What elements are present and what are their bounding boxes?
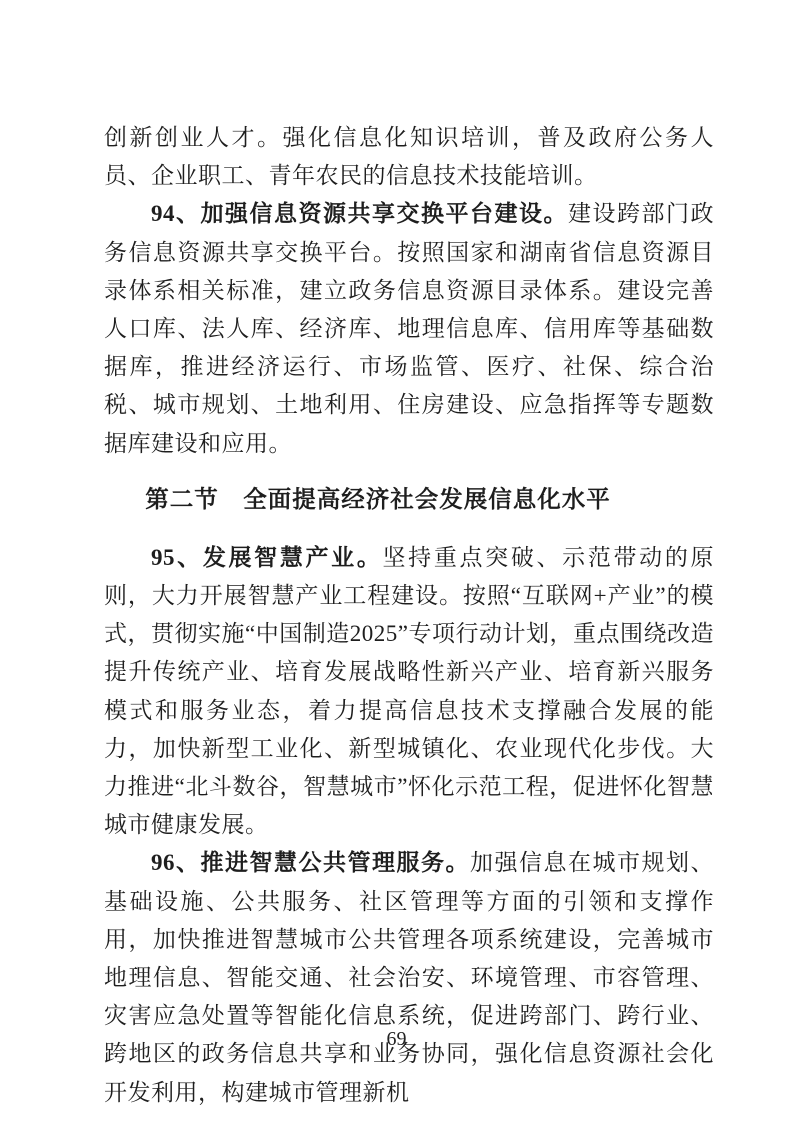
section-heading: 第二节 全面提高经济社会发展信息化水平 <box>104 481 652 519</box>
item-96-title: 96、推进智慧公共管理服务。 <box>151 850 470 875</box>
page-body: 创新创业人才。强化信息化知识培训，普及政府公务人员、企业职工、青年农民的信息技术… <box>104 119 714 1112</box>
item-95-body-text: 坚持重点突破、示范带动的原则，大力开展智慧产业工程建设。按照“互联网+产业”的模… <box>104 545 714 837</box>
item-94-title: 94、加强信息资源共享交换平台建设。 <box>151 201 568 226</box>
item-94-body-text: 建设跨部门政务信息资源共享交换平台。按照国家和湖南省信息资源目录体系相关标准，建… <box>104 201 714 455</box>
paragraph-continuation: 创新创业人才。强化信息化知识培训，普及政府公务人员、企业职工、青年农民的信息技术… <box>104 119 714 195</box>
document-page: 创新创业人才。强化信息化知识培训，普及政府公务人员、企业职工、青年农民的信息技术… <box>0 0 793 1122</box>
paragraph-continuation-text: 创新创业人才。强化信息化知识培训，普及政府公务人员、企业职工、青年农民的信息技术… <box>104 125 714 188</box>
paragraph-item-95: 95、发展智慧产业。坚持重点突破、示范带动的原则，大力开展智慧产业工程建设。按照… <box>104 539 714 845</box>
paragraph-item-96: 96、推进智慧公共管理服务。加强信息在城市规划、基础设施、公共服务、社区管理等方… <box>104 844 714 1111</box>
paragraph-item-94: 94、加强信息资源共享交换平台建设。建设跨部门政务信息资源共享交换平台。按照国家… <box>104 195 714 462</box>
item-95-title: 95、发展智慧产业。 <box>151 545 383 570</box>
item-96-body-text: 加强信息在城市规划、基础设施、公共服务、社区管理等方面的引领和支撑作用，加快推进… <box>104 850 714 1104</box>
page-number: 69 <box>0 1026 793 1052</box>
